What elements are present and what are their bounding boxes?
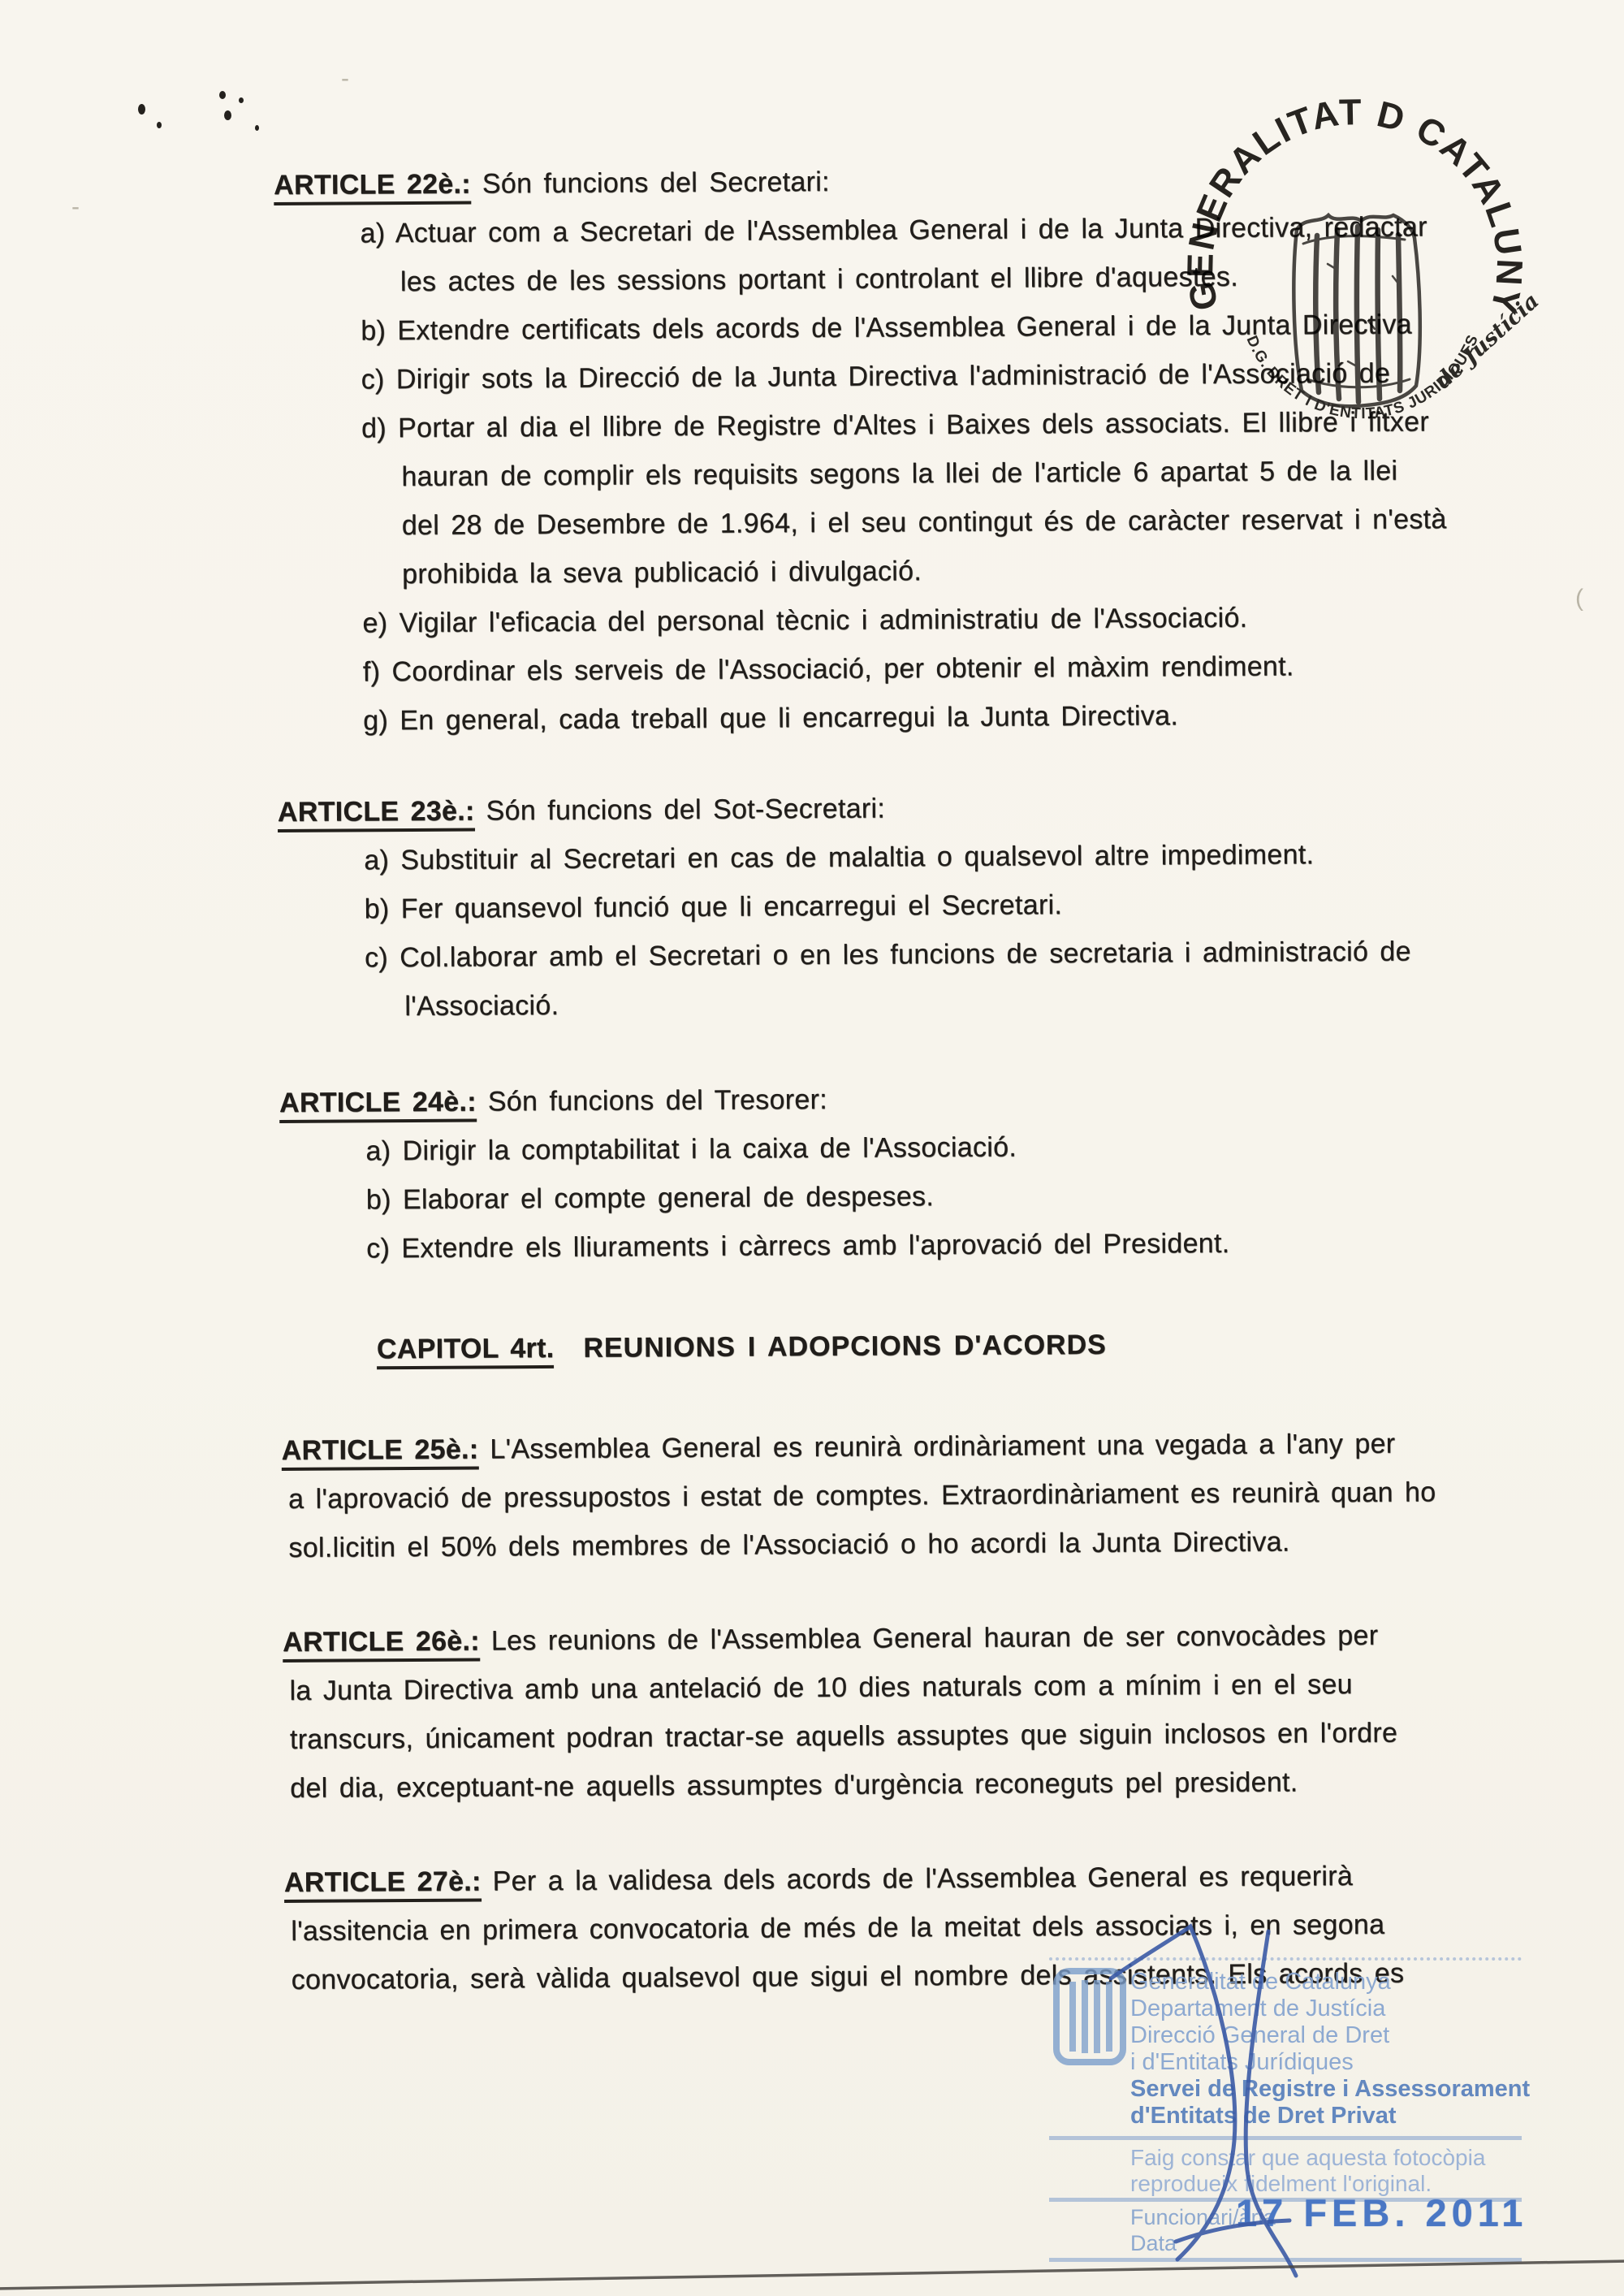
heading-rest: REUNIONS I ADOPCIONS D'ACORDS	[583, 1330, 1107, 1364]
ink-speck	[219, 91, 226, 99]
heading-rest: Són funcions del Tresorer:	[488, 1084, 827, 1118]
date-stamp: 17 FEB. 2011	[1236, 2199, 1527, 2226]
text-line: la Junta Directiva amb una antelació de …	[289, 1659, 1453, 1715]
pencil-mark: (	[1575, 585, 1583, 612]
stamp-org-line: Direcció General de Dret	[1130, 2022, 1389, 2049]
stamp-org-line: i d'Entitats Jurídiques	[1130, 2049, 1354, 2076]
heading-label: ARTICLE 26è.:	[283, 1625, 480, 1662]
stamp-certify-line: Faig constar que aquesta fotocòpia	[1130, 2144, 1485, 2171]
text-line: c) Extendre els lliuraments i càrrecs am…	[366, 1217, 1451, 1273]
text-line: l'Associació.	[404, 975, 1449, 1031]
ink-speck	[157, 122, 162, 128]
heading-label: ARTICLE 25è.:	[282, 1433, 479, 1470]
heading-label: ARTICLE 23è.:	[278, 796, 475, 832]
text-line: sol.licitin el 50% dels membres de l'Ass…	[288, 1516, 1453, 1572]
generalitat-round-stamp: GENERALITAT D CATALUNYA D.G. DRET I D'EN…	[1161, 77, 1551, 459]
svg-text:GENERALITAT D CATALUNYA: GENERALITAT D CATALUNYA	[1161, 77, 1531, 318]
heading-line: ARTICLE 27è.:Per a la validesa dels acor…	[284, 1851, 1455, 1907]
generalitat-logo	[1052, 1967, 1127, 2068]
text-line: e) Vigilar l'eficacia del personal tècni…	[362, 592, 1447, 647]
pencil-mark: -	[341, 65, 349, 93]
text-line: g) En general, cada treball que li encar…	[363, 690, 1448, 745]
heading-rest: Són funcions del Secretari:	[482, 166, 830, 200]
heading-line: ARTICLE 26è.:Les reunions de l'Assemblea…	[283, 1611, 1453, 1667]
scanned-document-page: ARTICLE 22è.:Són funcions del Secretari:…	[0, 0, 1624, 2296]
text-line: c) Col.laborar amb el Secretari o en les…	[365, 927, 1449, 982]
text-line: l'assitencia en primera convocatoria de …	[291, 1900, 1455, 1956]
stamp-service-line: d'Entitats de Dret Privat	[1130, 2103, 1397, 2130]
heading-line: ARTICLE 25è.:L'Assemblea General es reun…	[282, 1419, 1453, 1475]
stamp-bottom-rule	[1049, 2258, 1522, 2262]
text-line: del 28 de Desembre de 1.964, i el seu co…	[402, 495, 1447, 550]
text-block-a23: ARTICLE 23è.:Són funcions del Sot-Secret…	[278, 780, 1450, 1031]
ink-speck	[224, 110, 231, 120]
stamp-date-label: Data	[1130, 2230, 1177, 2257]
stamp-org-line: Departament de Justícia	[1130, 1995, 1385, 2022]
text-line: b) Elaborar el compte general de despese…	[366, 1169, 1451, 1224]
registry-certification-stamp: Generalitat de Catalunya Departament de …	[1049, 1951, 1523, 2269]
text-line: a l'aprovació de pressupostos i estat de…	[288, 1468, 1453, 1524]
heading-label: ARTICLE 27è.:	[284, 1866, 482, 1902]
heading-label: ARTICLE 22è.:	[274, 169, 471, 205]
heading-rest: Per a la validesa dels acords de l'Assem…	[493, 1861, 1354, 1896]
text-block-cap: CAPITOL 4rt.REUNIONS I ADOPCIONS D'ACORD…	[281, 1318, 1452, 1374]
round-stamp-top-text: GENERALITAT D CATALUNYA	[1161, 77, 1531, 318]
stamp-org-line: Generalitat de Catalunya	[1130, 1969, 1391, 1995]
heading-line: CAPITOL 4rt.REUNIONS I ADOPCIONS D'ACORD…	[377, 1318, 1452, 1373]
ink-speck	[138, 104, 145, 115]
text-line: a) Substituir al Secretari en cas de mal…	[364, 829, 1449, 884]
pencil-mark: -	[71, 193, 80, 221]
heading-line: ARTICLE 23è.:Són funcions del Sot-Secret…	[278, 780, 1449, 837]
text-line: transcurs, únicament podran tractar-se a…	[290, 1708, 1454, 1764]
heading-label: ARTICLE 24è.:	[279, 1086, 477, 1122]
stamp-top-rule	[1049, 1957, 1522, 1961]
text-block-a24: ARTICLE 24è.:Són funcions del Tresorer:a…	[279, 1071, 1451, 1273]
stamp-divider	[1049, 2136, 1522, 2140]
text-line: prohibida la seva publicació i divulgaci…	[402, 543, 1447, 599]
text-block-a25: ARTICLE 25è.:L'Assemblea General es reun…	[282, 1419, 1453, 1572]
coat-of-arms-sketch	[1294, 215, 1419, 406]
ink-speck	[239, 97, 244, 103]
text-line: f) Coordinar els serveis de l'Associació…	[363, 641, 1448, 696]
text-line: del dia, exceptuant-ne aquells assumptes…	[290, 1757, 1454, 1813]
heading-rest: Són funcions del Sot-Secretari:	[486, 793, 885, 826]
heading-label: CAPITOL 4rt.	[377, 1333, 555, 1369]
ink-speck	[255, 125, 259, 131]
heading-rest: Les reunions de l'Assemblea General haur…	[491, 1620, 1379, 1657]
text-block-a26: ARTICLE 26è.:Les reunions de l'Assemblea…	[283, 1611, 1454, 1813]
text-line: b) Fer quansevol funció que li encarregu…	[364, 878, 1449, 933]
stamp-service-line: Servei de Registre i Assessorament	[1130, 2076, 1530, 2103]
text-line: a) Dirigir la comptabilitat i la caixa d…	[365, 1120, 1450, 1175]
heading-rest: L'Assemblea General es reunirà ordinària…	[490, 1429, 1395, 1465]
heading-line: ARTICLE 24è.:Són funcions del Tresorer:	[279, 1071, 1450, 1127]
